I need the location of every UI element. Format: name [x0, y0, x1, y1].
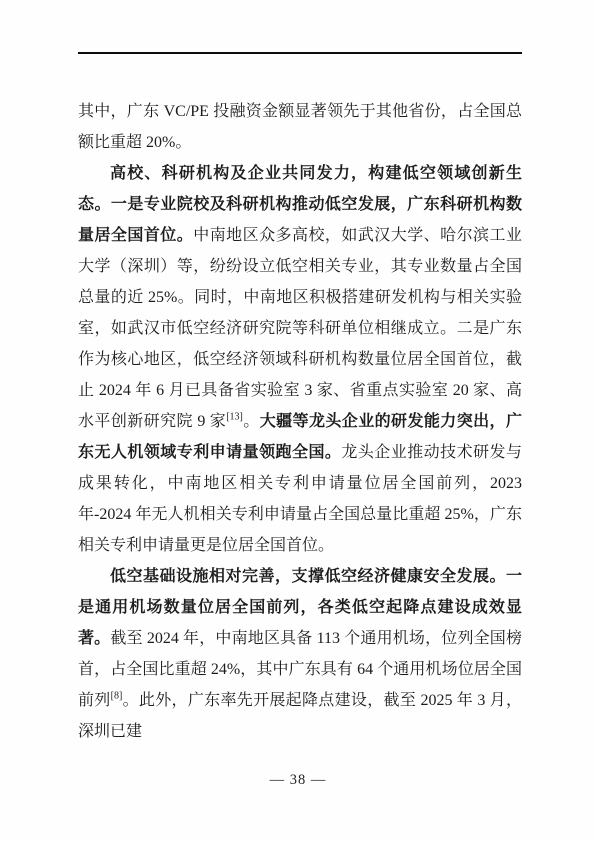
header-rule	[78, 52, 522, 54]
footnote-ref: [13]	[226, 412, 243, 423]
text-run: 。	[243, 413, 260, 430]
text-run: 其中，广东 VC/PE 投融资金额显著领先于其他省份，占全国总额比重超 20%。	[78, 103, 522, 151]
document-page: 其中，广东 VC/PE 投融资金额显著领先于其他省份，占全国总额比重超 20%。…	[0, 0, 596, 842]
para-vcpe-funding: 其中，广东 VC/PE 投融资金额显著领先于其他省份，占全国总额比重超 20%。	[78, 96, 522, 158]
text-run: 中南地区众多高校，如武汉大学、哈尔滨工业大学（深圳）等，纷纷设立低空相关专业，其…	[78, 227, 522, 430]
page-number: — 38 —	[0, 772, 596, 789]
body-text: 其中，广东 VC/PE 投融资金额显著领先于其他省份，占全国总额比重超 20%。…	[78, 96, 522, 747]
para-infrastructure: 低空基础设施相对完善，支撑低空经济健康安全发展。一是通用机场数量位居全国前列，各…	[78, 561, 522, 747]
footnote-ref: [8]	[111, 691, 123, 702]
para-innovation-ecosystem: 高校、科研机构及企业共同发力，构建低空领域创新生态。一是专业院校及科研机构推动低…	[78, 158, 522, 561]
text-run: 。此外，广东率先开展起降点建设，截至 2025 年 3 月，深圳已建	[78, 692, 522, 740]
